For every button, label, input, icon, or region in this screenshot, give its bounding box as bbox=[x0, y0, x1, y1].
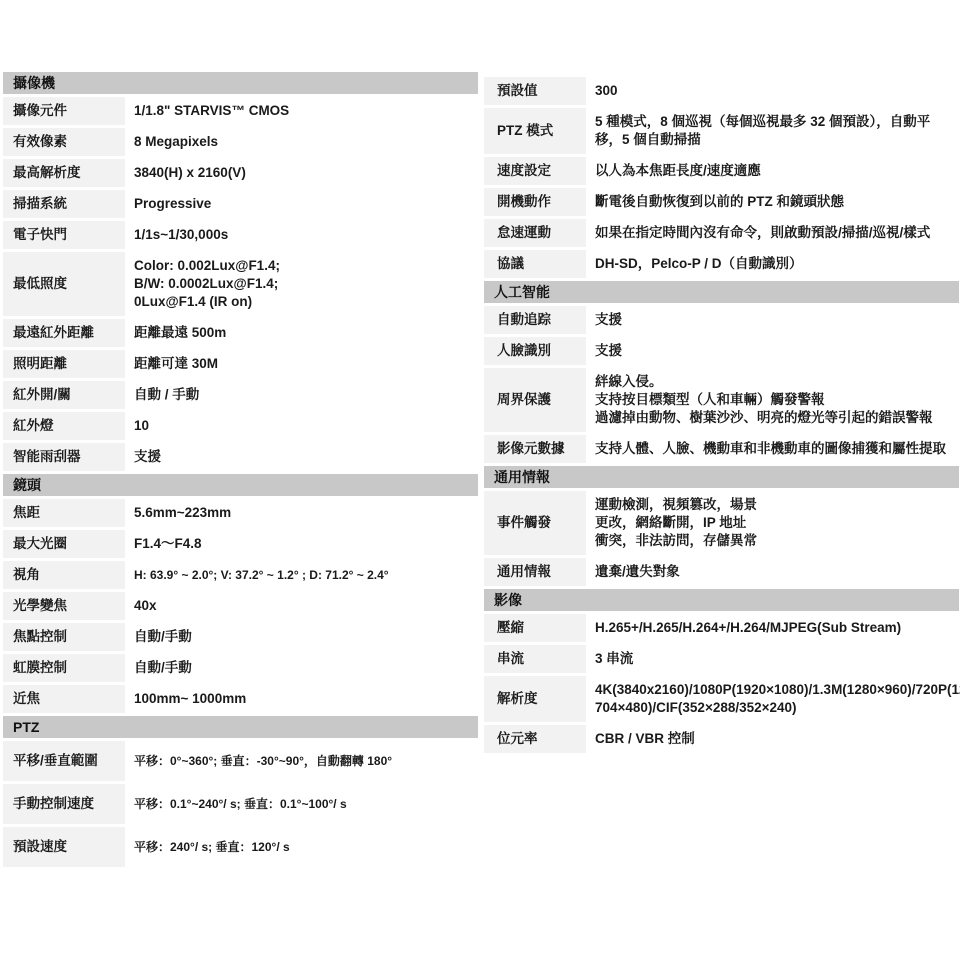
row-speed-setup: 速度設定 以人為本焦距長度/速度適應 bbox=[484, 157, 959, 185]
row-bit-rate: 位元率 CBR / VBR 控制 bbox=[484, 725, 959, 753]
row-ir-on-off: 紅外開/關 自動 / 手動 bbox=[3, 381, 478, 409]
spec-label: 最低照度 bbox=[3, 252, 125, 316]
row-electronic-shutter: 電子快門 1/1s~1/30,000s bbox=[3, 221, 478, 249]
row-near-focus: 近焦 100mm~ 1000mm bbox=[3, 685, 478, 713]
spec-value: 40x bbox=[125, 592, 478, 620]
spec-label: 手動控制速度 bbox=[3, 784, 125, 824]
spec-label: 紅外燈 bbox=[3, 412, 125, 440]
spec-value: 1/1s~1/30,000s bbox=[125, 221, 478, 249]
spec-label: 平移/垂直範圍 bbox=[3, 741, 125, 781]
spec-value: 支持人體、人臉、機動車和非機動車的圖像捕獲和屬性提取 bbox=[586, 435, 959, 463]
spec-value: H.265+/H.265/H.264+/H.264/MJPEG(Sub Stre… bbox=[586, 614, 959, 642]
spec-label: 虹膜控制 bbox=[3, 654, 125, 682]
spec-value: 平移：0.1°~240°/ s; 垂直：0.1°~100°/ s bbox=[125, 784, 478, 824]
row-ptz-mode: PTZ 模式 5 種模式，8 個巡視（每個巡視最多 32 個預設），自動平移，5… bbox=[484, 108, 959, 154]
spec-value: 自動/手動 bbox=[125, 623, 478, 651]
row-general-info: 通用情報 遺棄/遺失對象 bbox=[484, 558, 959, 586]
row-effective-pixels: 有效像素 8 Megapixels bbox=[3, 128, 478, 156]
row-max-resolution: 最高解析度 3840(H) x 2160(V) bbox=[3, 159, 478, 187]
spec-label: 電子快門 bbox=[3, 221, 125, 249]
spec-label: 最遠紅外距離 bbox=[3, 319, 125, 347]
spec-label: 焦點控制 bbox=[3, 623, 125, 651]
spec-value: 3840(H) x 2160(V) bbox=[125, 159, 478, 187]
spec-label: 事件觸發 bbox=[484, 491, 586, 555]
spec-label: 怠速運動 bbox=[484, 219, 586, 247]
row-video-metadata: 影像元數據 支持人體、人臉、機動車和非機動車的圖像捕獲和屬性提取 bbox=[484, 435, 959, 463]
spec-value: 以人為本焦距長度/速度適應 bbox=[586, 157, 959, 185]
spec-label: PTZ 模式 bbox=[484, 108, 586, 154]
spec-label: 自動追踪 bbox=[484, 306, 586, 334]
spec-value: 300 bbox=[586, 77, 959, 105]
spec-value: Color: 0.002Lux@F1.4; B/W: 0.0002Lux@F1.… bbox=[125, 252, 478, 316]
spec-label: 影像元數據 bbox=[484, 435, 586, 463]
spec-label: 視角 bbox=[3, 561, 125, 589]
spec-value: 支援 bbox=[125, 443, 478, 471]
row-preset-count: 預設值 300 bbox=[484, 77, 959, 105]
spec-label: 周界保護 bbox=[484, 368, 586, 432]
spec-label: 解析度 bbox=[484, 676, 586, 722]
spec-label: 掃描系統 bbox=[3, 190, 125, 218]
spec-value: 如果在指定時間內沒有命令，則啟動預設/掃描/巡視/樣式 bbox=[586, 219, 959, 247]
section-header-ptz: PTZ bbox=[3, 716, 478, 738]
row-manual-control-speed: 手動控制速度 平移：0.1°~240°/ s; 垂直：0.1°~100°/ s bbox=[3, 784, 478, 824]
spec-label: 協議 bbox=[484, 250, 586, 278]
spec-value: 平移：0°~360°; 垂直：-30°~90°，自動翻轉 180° bbox=[125, 741, 478, 781]
row-max-ir-distance: 最遠紅外距離 距離最遠 500m bbox=[3, 319, 478, 347]
spec-label: 最高解析度 bbox=[3, 159, 125, 187]
spec-value: DH-SD，Pelco-P / D（自動識別） bbox=[586, 250, 959, 278]
spec-value: 斷電後自動恢復到以前的 PTZ 和鏡頭狀態 bbox=[586, 188, 959, 216]
spec-value: 自動 / 手動 bbox=[125, 381, 478, 409]
spec-label: 焦距 bbox=[3, 499, 125, 527]
section-header-general-info: 通用情報 bbox=[484, 466, 959, 488]
section-header-video: 影像 bbox=[484, 589, 959, 611]
spec-value: 8 Megapixels bbox=[125, 128, 478, 156]
spec-label: 位元率 bbox=[484, 725, 586, 753]
spec-table-right: 預設值 300 PTZ 模式 5 種模式，8 個巡視（每個巡視最多 32 個預設… bbox=[484, 72, 959, 756]
row-min-illumination: 最低照度 Color: 0.002Lux@F1.4; B/W: 0.0002Lu… bbox=[3, 252, 478, 316]
spec-value: 1/1.8" STARVIS™ CMOS bbox=[125, 97, 478, 125]
spec-value: 4K(3840x2160)/1080P(1920×1080)/1.3M(1280… bbox=[586, 676, 959, 722]
row-power-up-action: 開機動作 斷電後自動恢復到以前的 PTZ 和鏡頭狀態 bbox=[484, 188, 959, 216]
row-protocol: 協議 DH-SD，Pelco-P / D（自動識別） bbox=[484, 250, 959, 278]
spec-label: 攝像元件 bbox=[3, 97, 125, 125]
row-max-aperture: 最大光圈 F1.4～F4.8 bbox=[3, 530, 478, 558]
spec-value: 絆線入侵。 支持按目標類型（人和車輛）觸發警報 過濾掉由動物、樹葉沙沙、明亮的燈… bbox=[586, 368, 959, 432]
row-optical-zoom: 光學變焦 40x bbox=[3, 592, 478, 620]
row-focus-control: 焦點控制 自動/手動 bbox=[3, 623, 478, 651]
section-header-lens: 鏡頭 bbox=[3, 474, 478, 496]
row-compression: 壓縮 H.265+/H.265/H.264+/H.264/MJPEG(Sub S… bbox=[484, 614, 959, 642]
spec-value: 5 種模式，8 個巡視（每個巡視最多 32 個預設），自動平移，5 個自動掃描 bbox=[586, 108, 959, 154]
spec-value: 3 串流 bbox=[586, 645, 959, 673]
row-focal-length: 焦距 5.6mm~223mm bbox=[3, 499, 478, 527]
spec-label: 光學變焦 bbox=[3, 592, 125, 620]
spec-value: 距離可達 30M bbox=[125, 350, 478, 378]
spec-label: 智能雨刮器 bbox=[3, 443, 125, 471]
spec-label: 串流 bbox=[484, 645, 586, 673]
row-illumination-distance: 照明距離 距離可達 30M bbox=[3, 350, 478, 378]
row-field-of-view: 視角 H: 63.9° ~ 2.0°; V: 37.2° ~ 1.2° ; D:… bbox=[3, 561, 478, 589]
row-ir-light: 紅外燈 10 bbox=[3, 412, 478, 440]
spec-label: 紅外開/關 bbox=[3, 381, 125, 409]
spec-value: 5.6mm~223mm bbox=[125, 499, 478, 527]
spec-value: 支援 bbox=[586, 337, 959, 365]
row-pan-tilt-range: 平移/垂直範圍 平移：0°~360°; 垂直：-30°~90°，自動翻轉 180… bbox=[3, 741, 478, 781]
spec-label: 通用情報 bbox=[484, 558, 586, 586]
spec-label: 人臉識別 bbox=[484, 337, 586, 365]
spec-value: Progressive bbox=[125, 190, 478, 218]
spec-value: 遺棄/遺失對象 bbox=[586, 558, 959, 586]
spec-value: 距離最遠 500m bbox=[125, 319, 478, 347]
row-image-sensor: 攝像元件 1/1.8" STARVIS™ CMOS bbox=[3, 97, 478, 125]
row-face-recognition: 人臉識別 支援 bbox=[484, 337, 959, 365]
spec-label: 預設速度 bbox=[3, 827, 125, 867]
spec-value: 自動/手動 bbox=[125, 654, 478, 682]
section-header-camera: 攝像機 bbox=[3, 72, 478, 94]
spec-label: 壓縮 bbox=[484, 614, 586, 642]
row-scan-system: 掃描系統 Progressive bbox=[3, 190, 478, 218]
spec-label: 最大光圈 bbox=[3, 530, 125, 558]
row-streams: 串流 3 串流 bbox=[484, 645, 959, 673]
spec-value: CBR / VBR 控制 bbox=[586, 725, 959, 753]
spec-value: 100mm~ 1000mm bbox=[125, 685, 478, 713]
spec-label: 近焦 bbox=[3, 685, 125, 713]
spec-label: 照明距離 bbox=[3, 350, 125, 378]
row-perimeter-protection: 周界保護 絆線入侵。 支持按目標類型（人和車輛）觸發警報 過濾掉由動物、樹葉沙沙… bbox=[484, 368, 959, 432]
spec-label: 速度設定 bbox=[484, 157, 586, 185]
spec-value: 10 bbox=[125, 412, 478, 440]
row-idle-motion: 怠速運動 如果在指定時間內沒有命令，則啟動預設/掃描/巡視/樣式 bbox=[484, 219, 959, 247]
spec-table-left: 攝像機 攝像元件 1/1.8" STARVIS™ CMOS 有效像素 8 Meg… bbox=[3, 72, 478, 870]
spec-label: 開機動作 bbox=[484, 188, 586, 216]
spec-value: H: 63.9° ~ 2.0°; V: 37.2° ~ 1.2° ; D: 71… bbox=[125, 561, 478, 589]
spec-label: 預設值 bbox=[484, 77, 586, 105]
row-smart-wiper: 智能雨刮器 支援 bbox=[3, 443, 478, 471]
spec-value: F1.4～F4.8 bbox=[125, 530, 478, 558]
spec-sheet: 攝像機 攝像元件 1/1.8" STARVIS™ CMOS 有效像素 8 Meg… bbox=[0, 0, 960, 870]
spec-value: 運動檢測，視頻篡改，場景 更改，網絡斷開，IP 地址 衝突，非法訪問，存儲異常 bbox=[586, 491, 959, 555]
spec-label: 有效像素 bbox=[3, 128, 125, 156]
row-resolution: 解析度 4K(3840x2160)/1080P(1920×1080)/1.3M(… bbox=[484, 676, 959, 722]
spec-value: 支援 bbox=[586, 306, 959, 334]
row-auto-tracking: 自動追踪 支援 bbox=[484, 306, 959, 334]
row-event-trigger: 事件觸發 運動檢測，視頻篡改，場景 更改，網絡斷開，IP 地址 衝突，非法訪問，… bbox=[484, 491, 959, 555]
row-iris-control: 虹膜控制 自動/手動 bbox=[3, 654, 478, 682]
row-preset-speed: 預設速度 平移：240°/ s; 垂直：120°/ s bbox=[3, 827, 478, 867]
spec-value: 平移：240°/ s; 垂直：120°/ s bbox=[125, 827, 478, 867]
section-header-ai: 人工智能 bbox=[484, 281, 959, 303]
